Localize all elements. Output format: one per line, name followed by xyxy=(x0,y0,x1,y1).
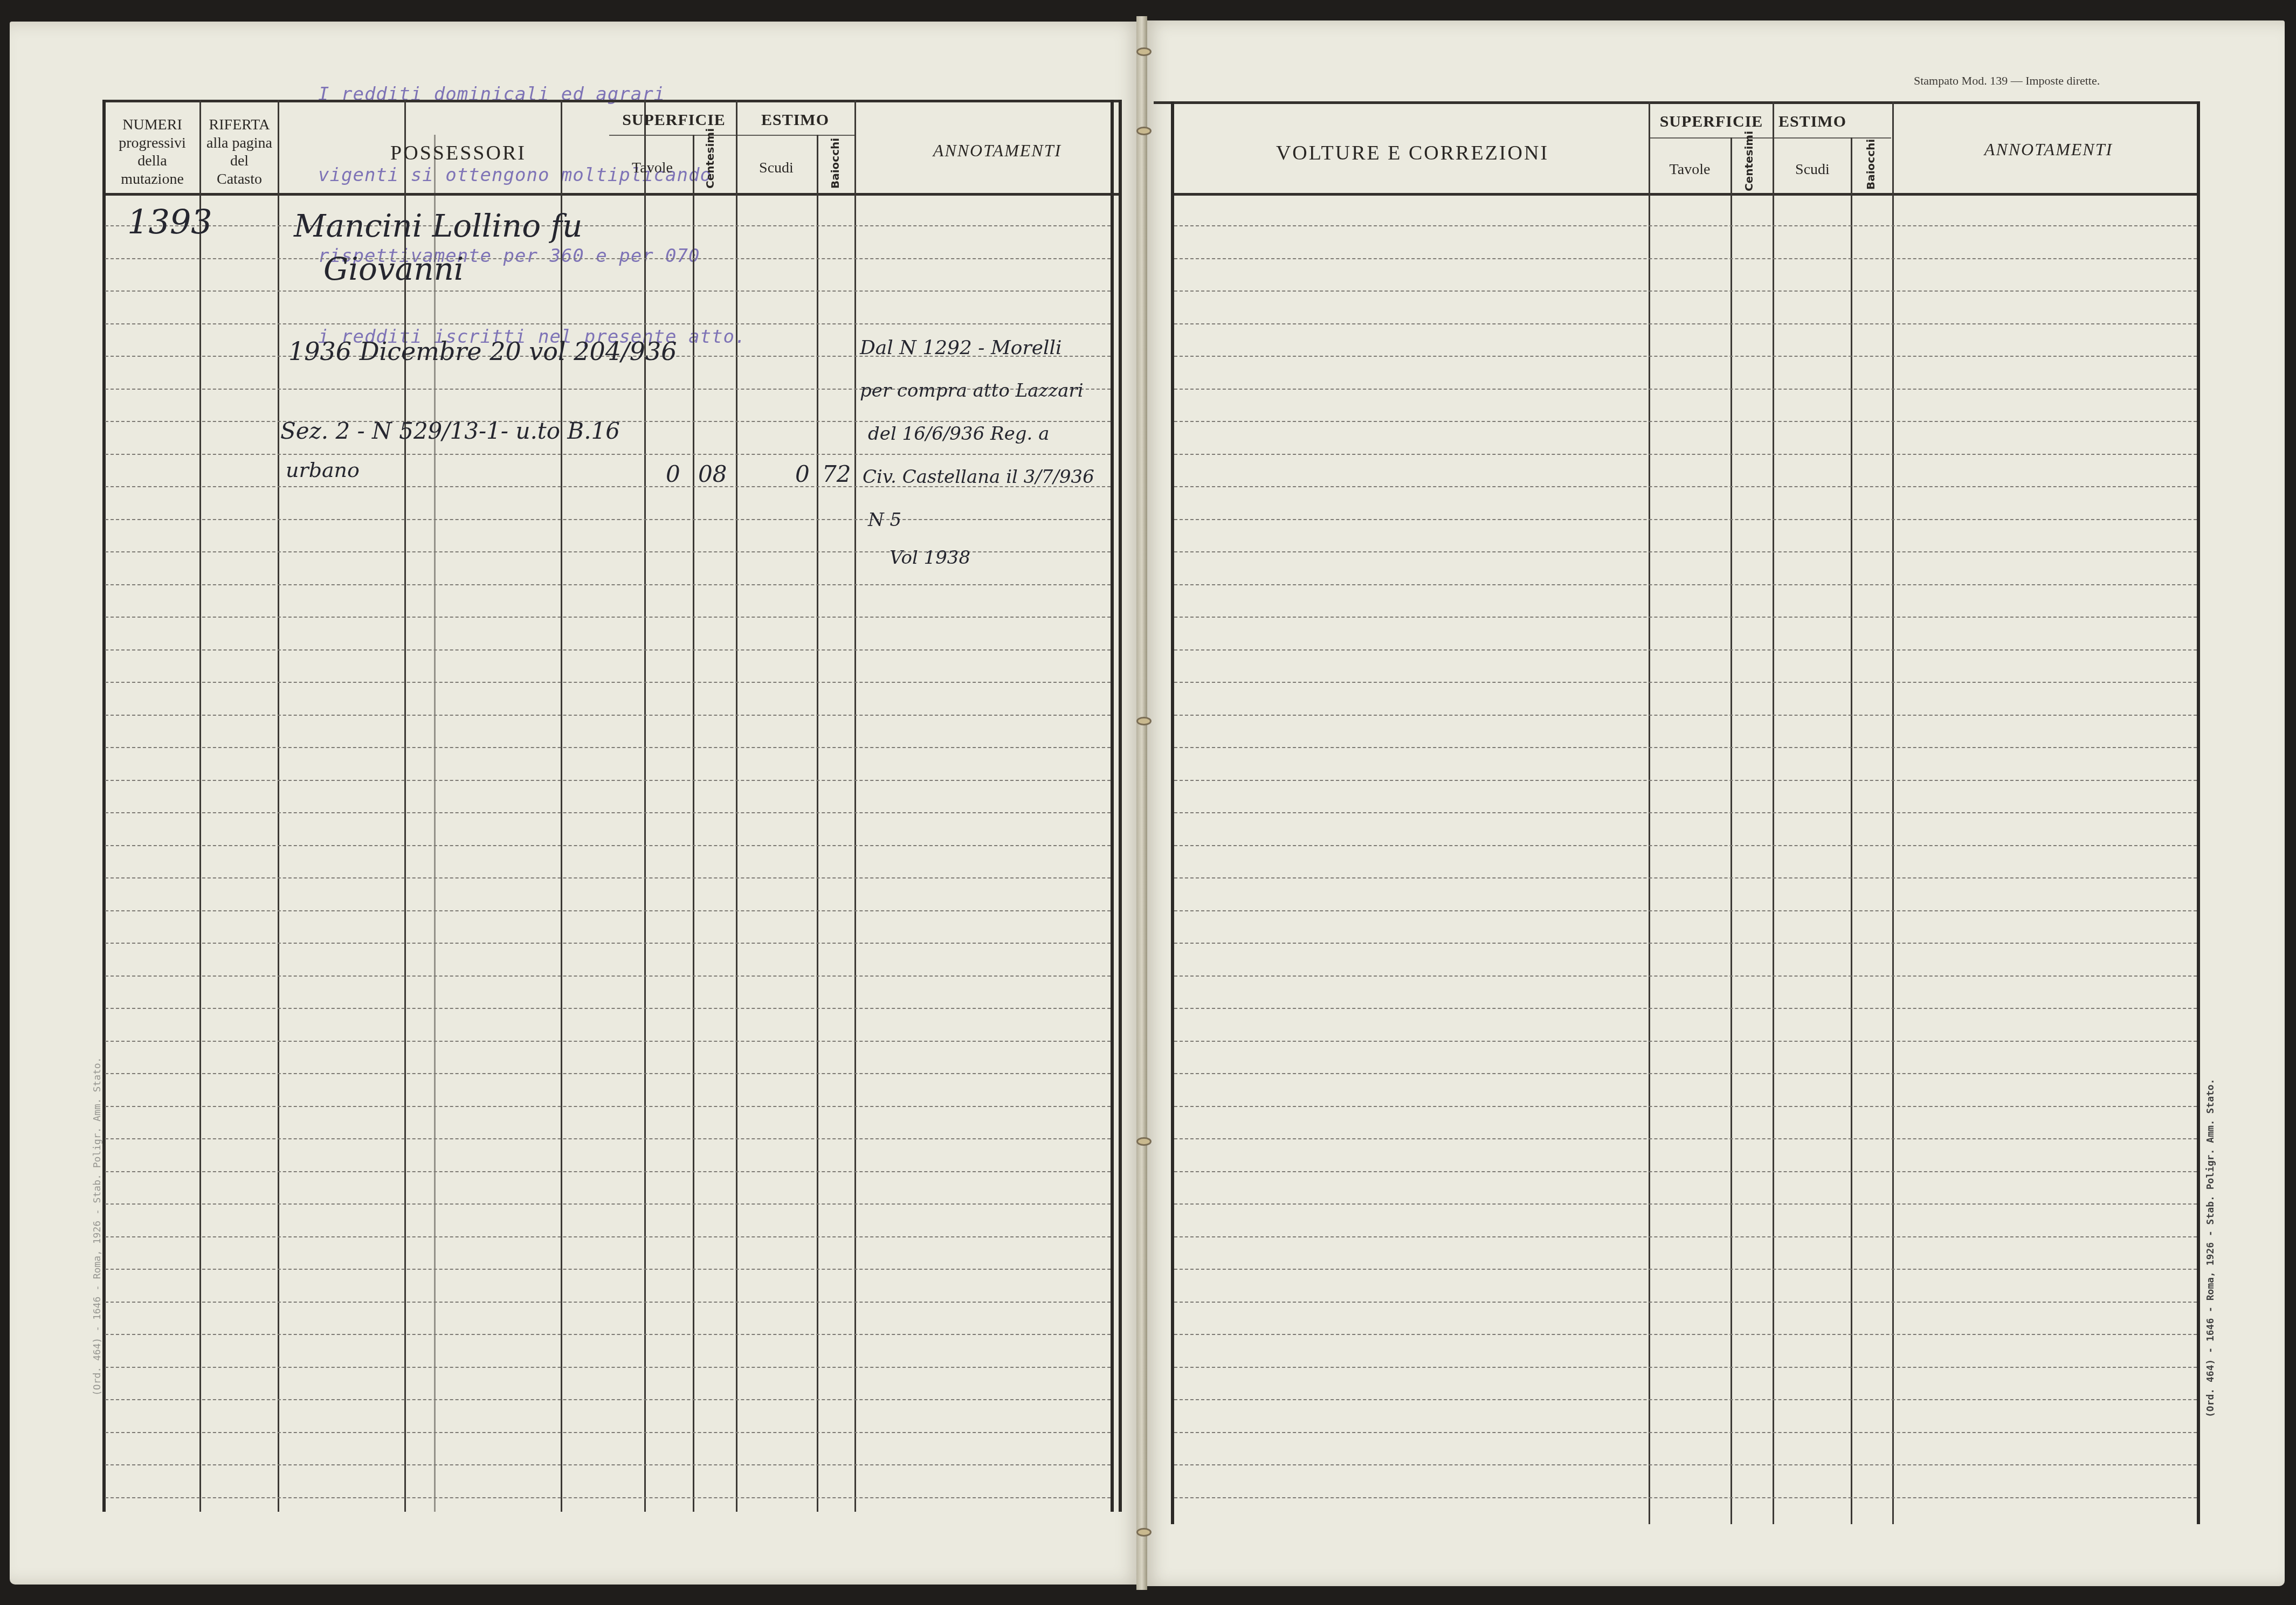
header-centesimi: Centesimi xyxy=(1742,146,1755,191)
row-rule xyxy=(1174,1269,2197,1270)
row-rule xyxy=(1174,682,2197,683)
entry-possessore-line2: Giovanni xyxy=(323,251,464,287)
row-rule xyxy=(1174,519,2197,520)
row-rule xyxy=(1174,812,2197,813)
table-top-border xyxy=(102,100,1121,102)
header-text: Catasto xyxy=(201,170,278,189)
row-rule xyxy=(105,976,1111,977)
row-rule xyxy=(105,845,1111,846)
entry-estimo-scudi: 0 xyxy=(795,461,810,487)
row-rule xyxy=(105,780,1111,781)
row-rule xyxy=(1174,877,2197,878)
book-spine xyxy=(1136,16,1147,1590)
row-rule xyxy=(1174,486,2197,487)
header-text: NUMERI xyxy=(105,116,199,134)
row-rule xyxy=(1174,290,2197,292)
entry-superficie-centesimi: 08 xyxy=(698,461,727,487)
row-rule xyxy=(105,290,1111,292)
annotamento-line: Vol 1938 xyxy=(890,547,970,569)
header-annotamenti: ANNOTAMENTI xyxy=(1919,139,2178,160)
column-divider xyxy=(736,100,737,1512)
row-rule xyxy=(1174,845,2197,846)
row-rule xyxy=(1174,1432,2197,1433)
header-scudi: Scudi xyxy=(1775,161,1850,179)
row-rule xyxy=(105,715,1111,716)
row-rule xyxy=(105,1302,1111,1303)
row-rule xyxy=(1174,1171,2197,1172)
rate-stamp: I redditi dominicali ed agrari vigenti s… xyxy=(318,27,746,377)
header-bottom-border xyxy=(1173,193,2200,196)
row-rule xyxy=(1174,1106,2197,1107)
table-right-border-inner xyxy=(1119,100,1122,1512)
row-rule xyxy=(105,1432,1111,1433)
header-estimo: ESTIMO xyxy=(739,110,852,130)
column-divider xyxy=(1851,137,1852,1524)
header-text: alla pagina xyxy=(201,134,278,153)
annotamento-line: Civ. Castellana il 3/7/936 xyxy=(863,466,1094,488)
stamp-line: I redditi dominicali ed agrari xyxy=(318,81,746,108)
row-rule xyxy=(105,1203,1111,1205)
header-riferta: RIFERTA alla pagina del Catasto xyxy=(201,116,278,188)
row-rule xyxy=(105,1464,1111,1465)
column-divider xyxy=(404,100,406,1512)
row-rule xyxy=(105,1041,1111,1042)
row-rule xyxy=(1174,389,2197,390)
row-rule xyxy=(105,812,1111,813)
header-superficie: SUPERFICIE xyxy=(615,110,733,130)
header-text: RIFERTA xyxy=(201,116,278,134)
annotamento-line: N 5 xyxy=(868,509,901,531)
header-subdivider xyxy=(1649,137,1891,139)
row-rule xyxy=(1174,1138,2197,1139)
row-rule xyxy=(1174,1334,2197,1335)
row-rule xyxy=(1174,225,2197,226)
row-rule xyxy=(105,877,1111,878)
header-volture: VOLTURE E CORREZIONI xyxy=(1213,141,1612,166)
row-rule xyxy=(1174,584,2197,585)
table-right-border xyxy=(1111,100,1114,1512)
column-divider xyxy=(644,100,646,1512)
row-rule xyxy=(1174,1497,2197,1498)
header-superficie: SUPERFICIE xyxy=(1651,112,1772,132)
row-rule xyxy=(105,225,1111,226)
row-rule xyxy=(1174,715,2197,716)
row-rule xyxy=(105,1106,1111,1107)
header-possessori: POSSESSORI xyxy=(345,141,571,166)
header-text: progressivi xyxy=(105,134,199,153)
header-baiocchi: Baiocchi xyxy=(1864,147,1877,190)
header-text: del xyxy=(201,152,278,170)
row-rule xyxy=(1174,649,2197,651)
printer-note: (Ord. 464) - 1646 - Roma, 1926 - Stab. P… xyxy=(2205,1116,2216,1417)
table-right-border xyxy=(2197,101,2200,1524)
row-rule xyxy=(1174,1399,2197,1400)
column-divider xyxy=(561,100,562,1512)
entry-superficie-tavole: 0 xyxy=(666,461,680,487)
row-rule xyxy=(105,1073,1111,1074)
row-rule xyxy=(105,258,1111,259)
header-estimo: ESTIMO xyxy=(1775,112,1850,132)
header-text: mutazione xyxy=(105,170,199,189)
row-rule xyxy=(1174,1464,2197,1465)
row-rule xyxy=(105,1367,1111,1368)
binding-stitch xyxy=(1136,1528,1152,1537)
row-rule xyxy=(105,649,1111,651)
row-rule xyxy=(105,910,1111,911)
row-rule xyxy=(105,1334,1111,1335)
row-rule xyxy=(105,1236,1111,1237)
entry-sezione-line: Sez. 2 - N 529/13-1- u.to B.16 xyxy=(280,418,620,444)
row-rule xyxy=(1174,323,2197,324)
row-rule xyxy=(1174,258,2197,259)
row-rule xyxy=(1174,1073,2197,1074)
header-annotamenti: ANNOTAMENTI xyxy=(884,140,1111,161)
row-rule xyxy=(1174,1236,2197,1237)
printer-note-mirrored: (Ord. 464) - 1646 - Roma, 1926 - Stab. P… xyxy=(92,1094,103,1396)
annotamento-line: del 16/6/936 Reg. a xyxy=(868,423,1049,445)
column-divider xyxy=(199,100,201,1512)
row-rule xyxy=(105,519,1111,520)
row-rule xyxy=(1174,1367,2197,1368)
binding-stitch xyxy=(1136,717,1152,725)
binding-stitch xyxy=(1136,1137,1152,1146)
row-rule xyxy=(105,682,1111,683)
right-page xyxy=(1143,20,2285,1586)
entry-possessore-line1: Mancini Lollino fu xyxy=(294,207,582,244)
row-rule xyxy=(105,584,1111,585)
row-rule xyxy=(105,747,1111,748)
row-rule xyxy=(1174,747,2197,748)
binding-stitch xyxy=(1136,47,1152,56)
row-rule xyxy=(105,1171,1111,1172)
column-divider xyxy=(278,100,279,1512)
row-rule xyxy=(1174,551,2197,552)
row-rule xyxy=(1174,1302,2197,1303)
header-tavole: Tavole xyxy=(615,159,690,177)
header-numeri: NUMERI progressivi della mutazione xyxy=(105,116,199,188)
row-rule xyxy=(1174,1008,2197,1009)
header-scudi: Scudi xyxy=(739,159,814,177)
row-rule xyxy=(1174,617,2197,618)
header-baiocchi: Baiocchi xyxy=(829,146,842,189)
row-rule xyxy=(105,1497,1111,1498)
entry-estimo-baiocchi: 72 xyxy=(822,461,851,487)
row-rule xyxy=(105,323,1111,324)
column-divider xyxy=(1730,137,1732,1524)
row-rule xyxy=(105,617,1111,618)
form-label: Stampato Mod. 139 — Imposte dirette. xyxy=(1914,74,2100,88)
row-rule xyxy=(105,1138,1111,1139)
row-rule xyxy=(1174,910,2197,911)
row-rule xyxy=(105,1399,1111,1400)
column-divider xyxy=(817,135,818,1512)
row-rule xyxy=(1174,780,2197,781)
header-centesimi: Centesimi xyxy=(704,143,716,189)
annotamento-line: per compra atto Lazzari xyxy=(860,380,1084,402)
row-rule xyxy=(1174,454,2197,455)
row-rule xyxy=(1174,356,2197,357)
row-rule xyxy=(105,1008,1111,1009)
header-text: della xyxy=(105,152,199,170)
row-rule xyxy=(105,943,1111,944)
row-rule xyxy=(1174,976,2197,977)
annotamento-line: Dal N 1292 - Morelli xyxy=(860,337,1061,359)
header-bottom-border xyxy=(102,193,1121,196)
row-rule xyxy=(1174,1041,2197,1042)
column-divider xyxy=(854,100,856,1512)
row-rule xyxy=(105,454,1111,455)
header-tavole: Tavole xyxy=(1651,161,1729,179)
column-divider xyxy=(693,135,694,1512)
table-top-border xyxy=(1154,101,2200,104)
entry-urbano-line: urbano xyxy=(286,458,360,482)
row-rule xyxy=(1174,943,2197,944)
entry-numero: 1393 xyxy=(127,202,212,241)
binding-stitch xyxy=(1136,127,1152,135)
row-rule xyxy=(1174,1203,2197,1205)
row-rule xyxy=(105,1269,1111,1270)
entry-date-line: 1936 Dicembre 20 vol 204/936 xyxy=(288,337,677,366)
row-rule xyxy=(1174,421,2197,422)
